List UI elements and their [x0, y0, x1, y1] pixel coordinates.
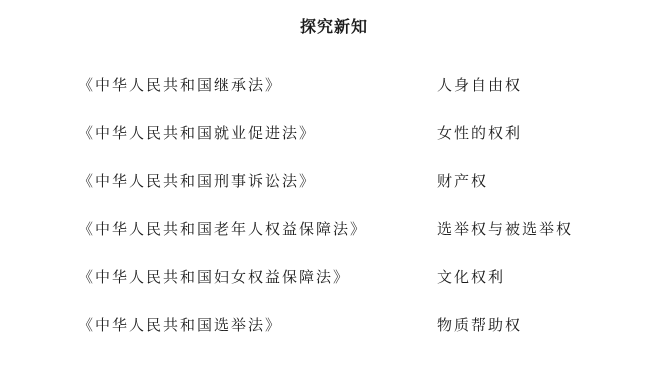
right-item[interactable]: 人身自由权	[437, 73, 522, 97]
page-title: 探究新知	[0, 14, 668, 37]
law-item[interactable]: 《中华人民共和国选举法》	[78, 313, 282, 337]
law-item[interactable]: 《中华人民共和国就业促进法》	[78, 121, 316, 145]
law-item[interactable]: 《中华人民共和国妇女权益保障法》	[78, 265, 350, 289]
right-item[interactable]: 女性的权利	[437, 121, 522, 145]
law-row: 《中华人民共和国就业促进法》 女性的权利	[0, 121, 668, 145]
law-row: 《中华人民共和国妇女权益保障法》 文化权利	[0, 265, 668, 289]
law-row: 《中华人民共和国继承法》 人身自由权	[0, 73, 668, 97]
law-row: 《中华人民共和国选举法》 物质帮助权	[0, 313, 668, 337]
right-item[interactable]: 物质帮助权	[437, 313, 522, 337]
law-item[interactable]: 《中华人民共和国刑事诉讼法》	[78, 169, 316, 193]
law-item[interactable]: 《中华人民共和国老年人权益保障法》	[78, 217, 367, 241]
right-item[interactable]: 文化权利	[437, 265, 505, 289]
right-item[interactable]: 选举权与被选举权	[437, 217, 573, 241]
right-item[interactable]: 财产权	[437, 169, 488, 193]
law-item[interactable]: 《中华人民共和国继承法》	[78, 73, 282, 97]
law-row: 《中华人民共和国老年人权益保障法》 选举权与被选举权	[0, 217, 668, 241]
law-row: 《中华人民共和国刑事诉讼法》 财产权	[0, 169, 668, 193]
